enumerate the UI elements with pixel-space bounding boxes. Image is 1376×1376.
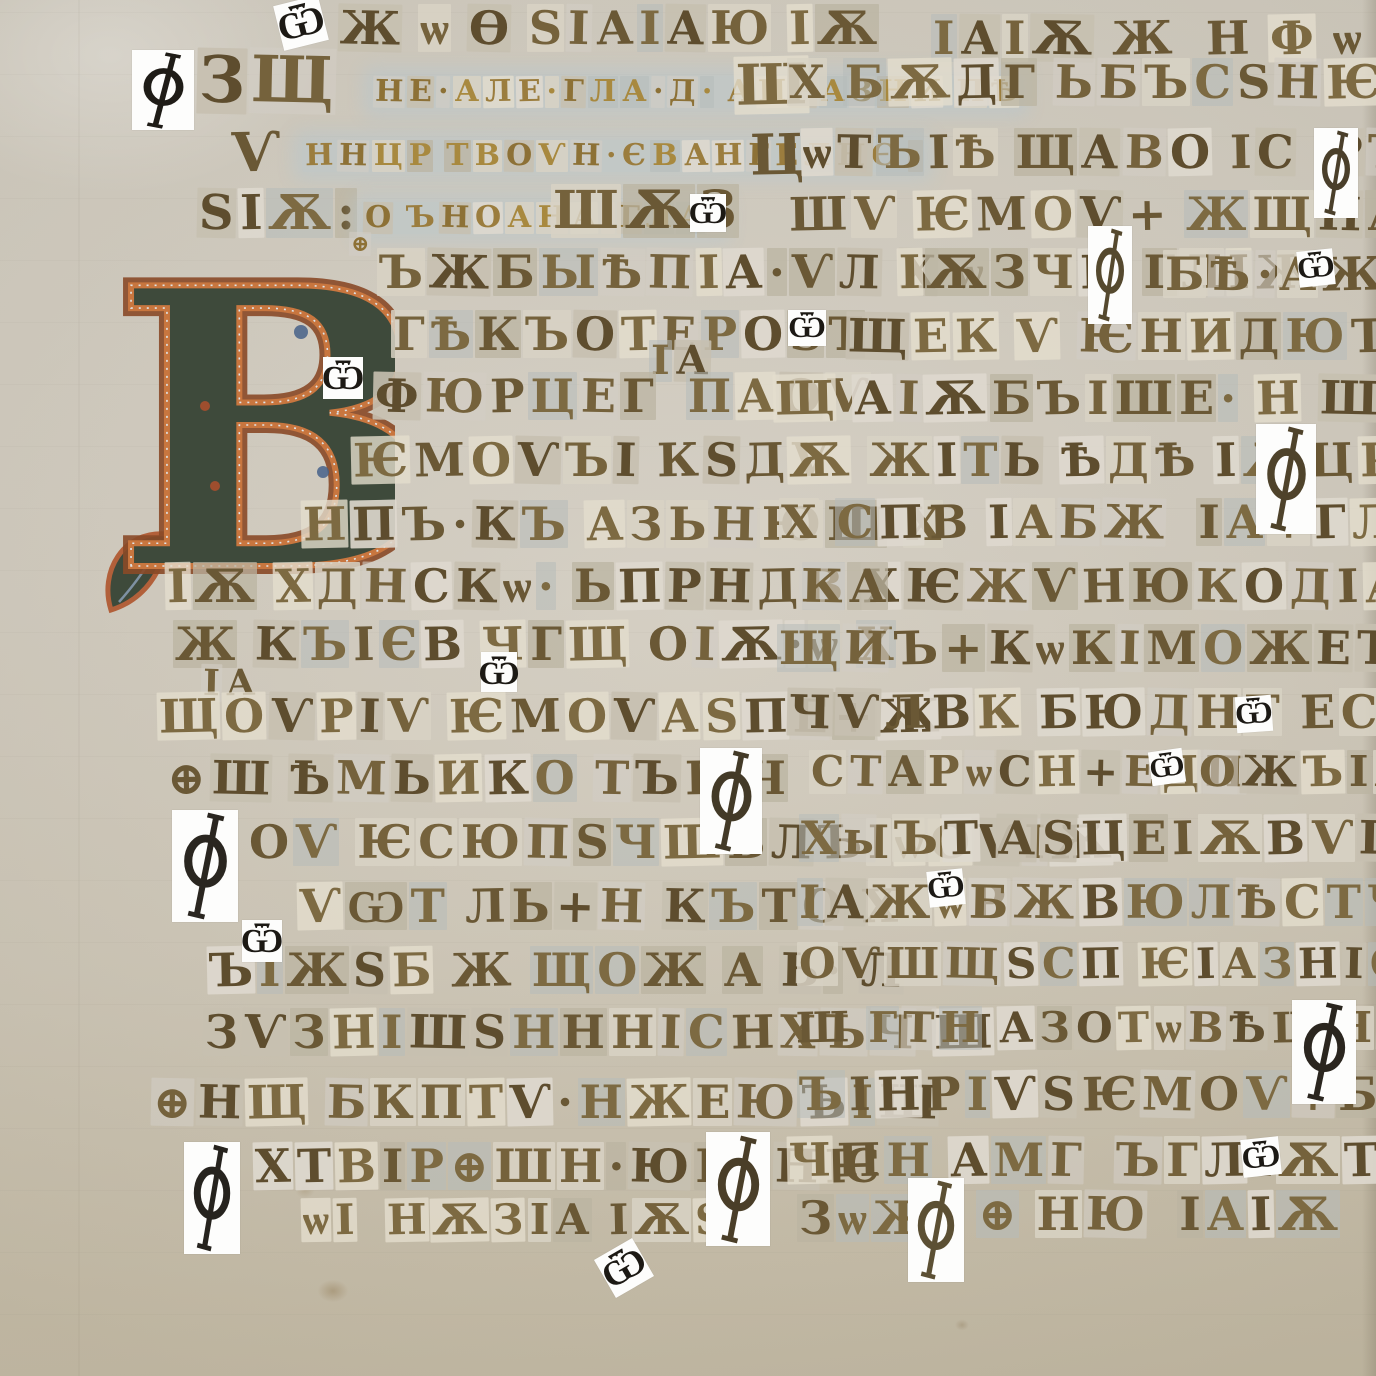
pasted-letter-tile: Ѕ bbox=[470, 1008, 508, 1057]
pasted-letter-tile: Ѵ bbox=[1032, 562, 1078, 610]
pasted-letter-tile: І bbox=[380, 1142, 406, 1190]
pasted-letter-tile: Б bbox=[967, 878, 1011, 927]
pasted-letter-tile: В bbox=[473, 140, 502, 172]
pasted-letter-tile: К bbox=[370, 1078, 416, 1126]
pasted-letter-tile: Ѵ bbox=[536, 140, 567, 172]
pasted-letter-tile: І bbox=[1177, 1190, 1203, 1238]
pasted-letter-tile: Н bbox=[373, 76, 406, 109]
pasted-letter-tile: Е bbox=[693, 1078, 732, 1126]
pasted-letter-tile: Х bbox=[253, 1142, 294, 1191]
pasted-letter-tile: Л bbox=[1349, 498, 1376, 547]
loose-tile-fita-glyph[interactable] bbox=[172, 810, 238, 922]
pasted-letter-tile: Ѫ bbox=[1276, 1190, 1340, 1238]
phi-glyph-drawing bbox=[1259, 426, 1314, 532]
pasted-letter-tile: Е bbox=[1177, 374, 1216, 422]
pasted-letter-tile: Ж bbox=[338, 3, 403, 52]
pasted-letter-tile: Ѫ bbox=[787, 435, 852, 484]
pasted-letter-tile: Ѵ bbox=[610, 692, 657, 741]
pasted-letter-tile: · bbox=[555, 1078, 576, 1126]
pasted-letter-tile: Б bbox=[1163, 250, 1206, 298]
pasted-letter-tile: Е bbox=[1297, 688, 1337, 737]
pasted-letter-tile: А bbox=[852, 374, 894, 423]
pasted-letter-tile: В bbox=[334, 1142, 378, 1191]
pasted-letter-tile: Н bbox=[1034, 750, 1079, 795]
pasted-letter-tile: Т bbox=[961, 436, 999, 484]
pasted-letter-tile: С bbox=[1339, 688, 1376, 736]
pasted-letter-tile: З bbox=[203, 1008, 241, 1057]
pasted-letter-tile: Ч bbox=[613, 818, 659, 866]
loose-tile-ot-glyph[interactable]: Ѿ bbox=[1148, 748, 1186, 786]
pasted-letter-tile: Ю bbox=[459, 818, 522, 866]
pasted-letter-tile: Ѵ bbox=[835, 688, 882, 737]
pasted-letter-tile: Щ bbox=[248, 47, 336, 115]
pasted-letter-tile: І bbox=[847, 1070, 874, 1119]
pasted-letter-tile: Ѵ bbox=[507, 1078, 554, 1127]
pasted-letter-tile: Д bbox=[741, 436, 787, 485]
pasted-letter-tile: Р bbox=[316, 692, 356, 741]
pasted-letter-tile: А bbox=[1079, 128, 1121, 177]
pasted-letter-tile: І bbox=[613, 436, 640, 485]
pasted-letter-tile: ѡ bbox=[418, 4, 450, 52]
pasted-letter-tile: К bbox=[799, 562, 846, 611]
pasted-letter-tile: К bbox=[654, 436, 701, 485]
pasted-letter-tile: Ѣ bbox=[953, 128, 998, 176]
pasted-letter-tile: Ѕ bbox=[573, 818, 610, 866]
pasted-letter-tile: А bbox=[681, 140, 710, 173]
pasted-letter-tile: Ѵ bbox=[268, 692, 315, 741]
pasted-letter-tile: Ж bbox=[1373, 750, 1376, 794]
pasted-letter-tile: А bbox=[1362, 562, 1376, 611]
loose-tile-ot-glyph[interactable]: Ѿ bbox=[690, 194, 726, 232]
pasted-letter-tile: Г bbox=[866, 1006, 899, 1050]
pasted-letter-tile: А bbox=[620, 76, 648, 108]
pasted-letter-tile: Щ bbox=[777, 624, 840, 672]
pasted-letter-tile: О bbox=[1197, 1070, 1242, 1119]
pasted-letter-tile: Ь bbox=[391, 754, 434, 803]
pasted-letter-tile: Ѫ bbox=[923, 373, 988, 422]
pasted-letter-tile: Н bbox=[1138, 312, 1185, 360]
pasted-letter-tile: Б bbox=[1097, 58, 1141, 107]
pasted-letter-tile: О bbox=[504, 140, 535, 173]
loose-tile-ot-glyph[interactable]: Ѿ bbox=[1296, 248, 1336, 288]
loose-tile-ot-glyph[interactable]: Ѿ bbox=[788, 310, 826, 346]
loose-tile-fita-glyph[interactable] bbox=[700, 748, 762, 854]
loose-tile-fita-glyph[interactable] bbox=[1088, 226, 1132, 324]
manuscript-text-line: ⊕ bbox=[348, 232, 372, 256]
pasted-letter-tile: Н bbox=[361, 562, 409, 611]
pasted-letter-tile: С bbox=[1040, 942, 1077, 986]
pasted-letter-tile: Н bbox=[578, 1078, 625, 1126]
manuscript-text-line: БѢ·АЖ bbox=[1162, 250, 1376, 298]
pasted-letter-tile: + bbox=[553, 882, 597, 931]
pasted-letter-tile: Ж bbox=[965, 561, 1030, 610]
pasted-letter-tile: О bbox=[1197, 750, 1239, 795]
pasted-letter-tile: З bbox=[290, 1008, 327, 1056]
pasted-letter-tile: Ѫ bbox=[1198, 814, 1262, 862]
pasted-letter-tile: Т bbox=[759, 882, 797, 930]
pasted-letter-tile: М bbox=[334, 753, 390, 802]
pasted-letter-tile: В bbox=[1122, 128, 1166, 177]
loose-tile-fita-glyph[interactable] bbox=[1256, 424, 1316, 534]
pasted-letter-tile: Ж bbox=[626, 1077, 691, 1126]
manuscript-text-line: ОѴШЩЅСПѤІАЗНІОДНІѪ bbox=[796, 942, 1376, 986]
pasted-letter-tile: · bbox=[1254, 250, 1275, 298]
pasted-letter-tile: І bbox=[1213, 436, 1240, 485]
pasted-letter-tile: І bbox=[237, 188, 264, 239]
pasted-letter-tile: А bbox=[886, 750, 924, 794]
manuscript-text-line: ⊕НЮІАІѪ bbox=[975, 1190, 1341, 1238]
pasted-letter-tile: Ѥ bbox=[1323, 57, 1376, 106]
pasted-letter-tile: Г bbox=[1164, 1136, 1200, 1184]
pasted-letter-tile: Г bbox=[561, 76, 586, 109]
pasted-letter-tile: Т bbox=[467, 1078, 506, 1127]
phi-glyph-drawing bbox=[703, 750, 760, 852]
pasted-letter-tile: Т bbox=[848, 750, 884, 795]
pasted-letter-tile: Х bbox=[779, 498, 819, 546]
manuscript-text-line: ЪІНРІѴЅѤМОѴ+БЖХ bbox=[796, 1070, 1376, 1118]
loose-tile-ot-glyph[interactable]: Ѿ bbox=[926, 868, 966, 908]
pasted-letter-tile: Щ bbox=[846, 311, 910, 360]
pasted-letter-tile: · bbox=[449, 500, 470, 548]
pasted-letter-tile: О bbox=[645, 620, 690, 669]
pasted-letter-tile: В bbox=[1078, 878, 1122, 927]
loose-tile-fita-glyph[interactable] bbox=[184, 1142, 240, 1254]
pasted-letter-tile: А bbox=[1220, 942, 1258, 986]
pasted-letter-tile: В bbox=[926, 498, 970, 547]
pasted-letter-tile: Ѥ bbox=[355, 818, 414, 866]
ot-ligature-glyph: Ѿ bbox=[1240, 1140, 1282, 1175]
pasted-letter-tile: І bbox=[787, 4, 814, 53]
pasted-letter-tile: Ж bbox=[641, 946, 705, 994]
pasted-letter-tile: Ѥ bbox=[904, 561, 964, 610]
pasted-letter-tile: Н bbox=[560, 1008, 607, 1056]
ot-ligature-glyph: Ѿ bbox=[788, 313, 826, 343]
pasted-letter-tile: ѡ bbox=[1034, 624, 1067, 673]
pasted-letter-tile: Ъ bbox=[632, 754, 681, 803]
pasted-letter-tile: К bbox=[1069, 624, 1115, 672]
pasted-letter-tile: О bbox=[1073, 1006, 1115, 1051]
manuscript-page: В В В ЖѡѲЅІАІАЮІѪЗЩНЕ·АЛЕ·ГЛА·Д·АПРАЗНИП… bbox=[0, 0, 1376, 1376]
pasted-letter-tile: З bbox=[991, 248, 1028, 296]
manuscript-text-line: ЖѡѲЅІАІАЮІѪ bbox=[337, 4, 880, 52]
pasted-letter-tile: І bbox=[1227, 128, 1254, 177]
pasted-letter-tile: І bbox=[566, 4, 593, 53]
pasted-letter-tile: І bbox=[528, 1198, 552, 1242]
manuscript-text-line: ШѴѤМОѴ+ЖЩНАІ⊕ bbox=[786, 190, 1376, 238]
pasted-letter-tile: П bbox=[835, 1136, 883, 1185]
pasted-letter-tile: Б bbox=[390, 946, 434, 995]
pasted-letter-tile: · bbox=[650, 76, 665, 108]
loose-tile-fita-glyph[interactable] bbox=[132, 50, 194, 130]
loose-tile-ot-glyph[interactable]: Ѿ bbox=[481, 652, 517, 692]
pasted-letter-tile: Ь bbox=[1001, 436, 1044, 485]
manuscript-text-line: ОЖЪІЖ bbox=[1196, 750, 1376, 794]
pasted-letter-tile: П bbox=[877, 498, 925, 547]
manuscript-text-line: ЧПНАМГЪГЛІѪТЕ bbox=[786, 1136, 1376, 1184]
initial-red-accent bbox=[210, 481, 220, 491]
manuscript-text-line: ѡТЪІѢЩАВОІСРЪІЦ bbox=[800, 128, 1376, 176]
pasted-letter-tile: О bbox=[247, 818, 292, 867]
pasted-letter-tile: З bbox=[627, 500, 664, 548]
pasted-letter-tile: І bbox=[1347, 750, 1371, 794]
pasted-letter-tile: С bbox=[995, 750, 1033, 795]
pasted-letter-tile: · bbox=[545, 76, 559, 108]
pasted-letter-tile: О bbox=[595, 946, 639, 994]
pasted-letter-tile: Г bbox=[620, 372, 656, 420]
pasted-letter-tile: Ѵ bbox=[839, 942, 882, 987]
pasted-letter-tile: Н bbox=[329, 1008, 377, 1057]
pasted-letter-tile: А bbox=[1365, 190, 1376, 238]
pasted-letter-tile: С bbox=[809, 750, 846, 794]
pasted-letter-tile: Ъ bbox=[399, 500, 448, 549]
pasted-letter-tile: Ѫ bbox=[193, 562, 257, 610]
pasted-letter-tile: Н bbox=[705, 562, 753, 611]
pasted-letter-tile: Т bbox=[901, 1006, 937, 1051]
pasted-letter-tile: Щ bbox=[157, 691, 221, 740]
pasted-letter-tile: А bbox=[553, 1198, 591, 1242]
manuscript-text-line: ЗЩ bbox=[196, 48, 337, 114]
pasted-letter-tile: Ч bbox=[787, 1136, 834, 1185]
pasted-letter-tile: О bbox=[1167, 128, 1212, 177]
pasted-letter-tile: Ѥ bbox=[1079, 1069, 1139, 1118]
pasted-letter-tile: Ѫ bbox=[623, 184, 695, 238]
pasted-letter-tile: Ш bbox=[1317, 373, 1376, 422]
pasted-letter-tile: Д bbox=[1236, 312, 1281, 360]
pasted-letter-tile: Щ bbox=[943, 941, 1002, 986]
pasted-letter-tile: Т bbox=[1354, 624, 1376, 673]
pasted-letter-tile: ⊕ bbox=[349, 232, 372, 256]
pasted-letter-tile: В bbox=[929, 688, 973, 737]
pasted-letter-tile: Ѵ bbox=[297, 882, 344, 931]
pasted-letter-tile: Н bbox=[557, 1142, 604, 1190]
pasted-letter-tile: Ѫ bbox=[719, 619, 784, 668]
pasted-letter-tile: Н bbox=[195, 1078, 243, 1127]
pasted-letter-tile: А bbox=[1205, 1190, 1246, 1238]
pasted-letter-tile: Н bbox=[609, 1008, 656, 1056]
ot-ligature-glyph: Ѿ bbox=[322, 361, 365, 395]
pasted-letter-tile: З bbox=[797, 1194, 834, 1242]
pasted-letter-tile: Б bbox=[843, 58, 886, 106]
loose-tile-ot-glyph[interactable]: Ѿ bbox=[1235, 695, 1273, 733]
pasted-letter-tile: Ж bbox=[868, 878, 932, 926]
ot-ligature-glyph: Ѿ bbox=[926, 871, 966, 905]
pasted-letter-tile: Ь bbox=[1053, 58, 1096, 107]
pasted-letter-tile: І bbox=[1085, 374, 1111, 422]
pasted-letter-tile: С bbox=[410, 562, 452, 611]
pasted-letter-tile: О bbox=[1031, 190, 1076, 239]
pasted-letter-tile: І bbox=[925, 128, 952, 177]
pasted-letter-tile: И bbox=[842, 624, 890, 673]
pasted-letter-tile: Н bbox=[728, 1008, 776, 1057]
pasted-letter-tile: Ж bbox=[1012, 877, 1077, 926]
pasted-letter-tile: Е bbox=[911, 312, 951, 361]
loose-tile-fita-glyph[interactable] bbox=[1292, 1000, 1356, 1104]
loose-tile-fita-glyph[interactable] bbox=[908, 1178, 964, 1282]
pasted-letter-tile: С bbox=[686, 1008, 727, 1056]
pasted-letter-tile: Ш bbox=[884, 942, 941, 986]
pasted-letter-tile: А bbox=[453, 76, 481, 108]
pasted-letter-tile: Ъ bbox=[301, 620, 349, 668]
pasted-letter-tile: О bbox=[222, 692, 267, 741]
pasted-letter-tile: Ы bbox=[539, 248, 598, 296]
pasted-letter-tile: Ж bbox=[173, 620, 237, 668]
pasted-letter-tile: О bbox=[573, 310, 618, 359]
pasted-letter-tile: Ѕ bbox=[1039, 814, 1077, 863]
pasted-letter-tile: Р bbox=[1357, 436, 1376, 485]
pasted-letter-tile: Ѵ bbox=[789, 248, 835, 296]
pasted-letter-tile: М bbox=[507, 691, 563, 740]
pasted-letter-tile: · bbox=[436, 76, 451, 108]
pasted-letter-tile: Ѣ bbox=[429, 310, 474, 358]
phi-glyph-drawing bbox=[1295, 1002, 1354, 1102]
pasted-letter-tile: Ъ bbox=[523, 310, 571, 358]
pasted-letter-tile: Є bbox=[620, 140, 649, 173]
pasted-letter-tile: Ж bbox=[1239, 749, 1299, 794]
manuscript-text-line: Ѵ bbox=[228, 124, 283, 180]
pasted-letter-tile: І bbox=[357, 692, 384, 741]
phi-glyph-drawing bbox=[910, 1180, 962, 1280]
loose-tile-fita-glyph[interactable] bbox=[1314, 128, 1358, 218]
pasted-letter-tile: Г bbox=[528, 620, 564, 668]
pasted-letter-tile: Х bbox=[272, 562, 313, 611]
pasted-letter-tile: Р bbox=[926, 750, 962, 794]
pasted-letter-tile: Ш bbox=[493, 1142, 555, 1190]
pasted-letter-tile: В bbox=[650, 140, 679, 172]
pasted-letter-tile: Н bbox=[569, 140, 602, 173]
pasted-letter-tile: Ж bbox=[1101, 497, 1166, 546]
pasted-letter-tile: Б bbox=[990, 374, 1033, 422]
pasted-letter-tile: Н bbox=[1274, 58, 1322, 107]
pasted-letter-tile: К bbox=[974, 688, 1021, 737]
pasted-letter-tile: І bbox=[658, 1008, 685, 1057]
pasted-letter-tile: Є bbox=[379, 620, 420, 668]
pasted-letter-tile: І bbox=[985, 498, 1012, 547]
pasted-letter-tile: Н bbox=[337, 140, 370, 173]
pasted-letter-tile: Ц bbox=[372, 140, 405, 172]
pasted-letter-tile: О bbox=[564, 692, 609, 741]
pasted-letter-tile: Ю bbox=[1283, 312, 1346, 360]
pasted-letter-tile: Ж bbox=[285, 946, 349, 994]
pasted-letter-tile: Ц bbox=[747, 125, 806, 184]
pasted-letter-tile: Т bbox=[941, 814, 980, 863]
pasted-letter-tile: Ь bbox=[510, 882, 552, 930]
pasted-letter-tile: Ъ bbox=[1142, 58, 1190, 106]
pasted-letter-tile: Ѵ bbox=[385, 692, 431, 740]
pasted-letter-tile: Ъ bbox=[892, 814, 940, 862]
pasted-letter-tile: М bbox=[411, 435, 467, 484]
pasted-letter-tile: Ч bbox=[1030, 248, 1076, 296]
pasted-letter-tile: Ъ bbox=[563, 436, 611, 484]
pasted-letter-tile: Ш bbox=[794, 1005, 852, 1050]
pasted-letter-tile: Ъ bbox=[1366, 128, 1376, 177]
pasted-letter-tile: І bbox=[1335, 562, 1362, 611]
pasted-letter-tile: Щ bbox=[566, 619, 630, 668]
pasted-letter-tile: С bbox=[1281, 878, 1323, 927]
pasted-letter-tile: Д bbox=[667, 76, 698, 109]
ot-ligature-glyph: Ѿ bbox=[1234, 698, 1274, 731]
pasted-letter-tile: Ш bbox=[406, 1007, 469, 1056]
pasted-letter-tile: С bbox=[835, 498, 876, 546]
pasted-letter-tile: Х bbox=[799, 814, 839, 862]
pasted-letter-tile: С bbox=[1255, 128, 1297, 177]
loose-tile-ot-glyph[interactable]: Ѿ bbox=[1240, 1136, 1282, 1178]
pasted-letter-tile: + bbox=[942, 624, 985, 672]
pasted-letter-tile: І bbox=[1248, 1190, 1275, 1239]
pasted-letter-tile: Г bbox=[1001, 58, 1037, 106]
pasted-letter-tile: Н bbox=[439, 202, 472, 235]
phi-glyph-drawing bbox=[175, 812, 236, 920]
pasted-letter-tile: Ѫ bbox=[925, 248, 989, 296]
pasted-letter-tile: Ъ bbox=[891, 624, 940, 673]
pasted-letter-tile: А bbox=[593, 4, 635, 53]
manuscript-text-line: ЩАІѪБЪІШЕ·НШЗ bbox=[772, 374, 1376, 422]
pasted-letter-tile: І bbox=[933, 436, 960, 485]
pasted-letter-tile: А bbox=[996, 814, 1038, 863]
pasted-letter-tile: Б bbox=[324, 1078, 368, 1127]
pasted-letter-tile: Ѵ bbox=[992, 1070, 1039, 1119]
pasted-letter-tile: І bbox=[333, 1198, 358, 1242]
pasted-letter-tile: + bbox=[1080, 750, 1120, 795]
pasted-letter-tile: Е bbox=[1129, 814, 1168, 862]
pasted-letter-tile: Ѕ bbox=[702, 436, 740, 485]
pasted-letter-tile: А bbox=[997, 1006, 1036, 1051]
pasted-letter-tile: Ч bbox=[787, 688, 834, 737]
pasted-letter-tile: І bbox=[1342, 942, 1367, 986]
pasted-letter-tile: · bbox=[604, 140, 619, 172]
pasted-letter-tile: Ъ bbox=[377, 248, 425, 296]
pasted-letter-tile: О bbox=[1242, 562, 1287, 611]
pasted-letter-tile: П bbox=[524, 818, 572, 867]
phi-glyph-drawing bbox=[135, 52, 192, 129]
pasted-letter-tile: Ѣ bbox=[1152, 436, 1197, 485]
pasted-letter-tile: Н bbox=[1296, 942, 1341, 987]
pasted-letter-tile: А bbox=[659, 692, 701, 741]
pasted-letter-tile: А bbox=[1013, 498, 1054, 546]
pasted-letter-tile: Ъ bbox=[709, 882, 757, 930]
pasted-letter-tile: Щ bbox=[245, 1077, 309, 1126]
pasted-letter-tile: В bbox=[1264, 814, 1308, 863]
pasted-letter-tile: Ѫ bbox=[1276, 1136, 1340, 1184]
pasted-letter-tile: І bbox=[165, 562, 192, 611]
manuscript-text-line: Ц bbox=[747, 126, 807, 184]
pasted-letter-tile: Ѕ bbox=[350, 946, 388, 995]
pasted-letter-tile: П bbox=[646, 248, 694, 297]
pasted-letter-tile: Ь bbox=[666, 500, 708, 548]
pasted-letter-tile: Ѥ bbox=[446, 691, 506, 740]
pasted-letter-tile: Н bbox=[939, 1006, 983, 1050]
loose-tile-fita-glyph[interactable] bbox=[706, 1132, 770, 1246]
pasted-letter-tile: Н bbox=[712, 140, 745, 173]
pasted-letter-tile: Ш bbox=[1357, 813, 1376, 862]
pasted-letter-tile: С bbox=[1192, 58, 1233, 106]
loose-tile-ot-glyph[interactable]: Ѿ bbox=[323, 357, 363, 399]
ot-ligature-glyph: Ѿ bbox=[1148, 751, 1187, 784]
manuscript-text-line: ѡІНѪЗІАІѪЅ bbox=[300, 1198, 729, 1242]
pasted-letter-tile: О bbox=[473, 202, 504, 235]
pasted-letter-tile: Р bbox=[407, 1142, 446, 1190]
pasted-letter-tile: Е bbox=[578, 372, 618, 421]
pasted-letter-tile: Ѥ bbox=[1138, 941, 1193, 986]
loose-tile-ot-glyph[interactable]: Ѿ bbox=[242, 920, 282, 962]
pasted-letter-tile: Ѵ bbox=[293, 818, 339, 866]
pasted-letter-tile: Ъ bbox=[1035, 374, 1084, 423]
pasted-letter-tile: М bbox=[1144, 624, 1199, 672]
pasted-letter-tile: Н bbox=[598, 882, 646, 931]
pasted-letter-tile: К bbox=[453, 562, 500, 611]
pasted-letter-tile: Ю bbox=[1124, 878, 1187, 926]
pasted-letter-tile: Ю bbox=[1081, 687, 1145, 736]
pasted-letter-tile: Ѵ bbox=[1014, 312, 1061, 361]
